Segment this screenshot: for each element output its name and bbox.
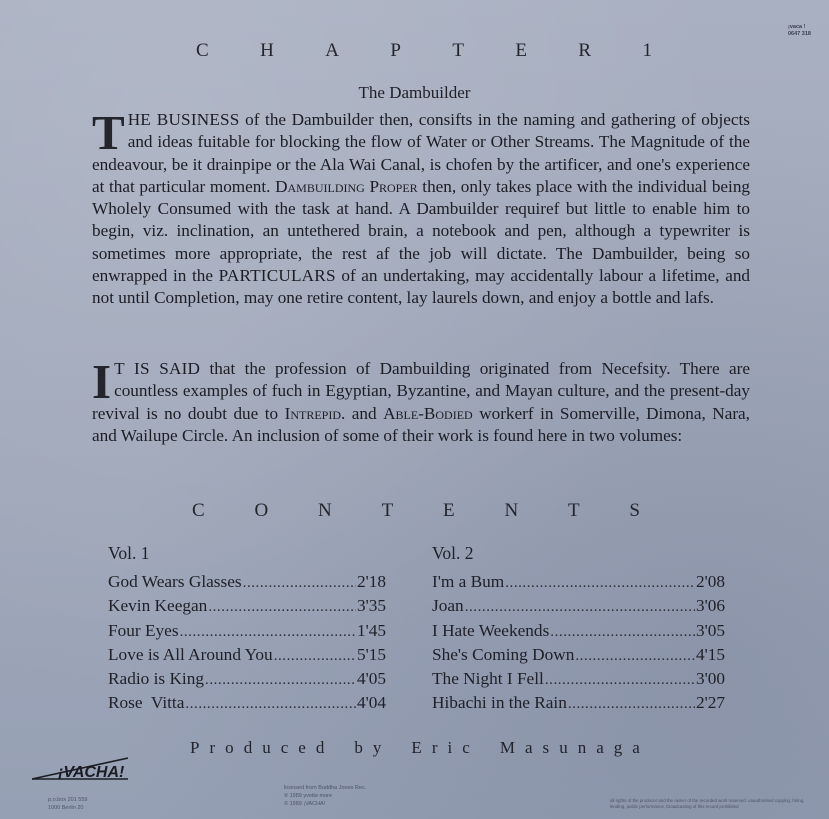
chapter-heading: C H A P T E R 1: [196, 40, 652, 62]
track-duration: 5'15: [357, 643, 386, 667]
track-title: I'm a Bum: [432, 570, 504, 594]
chapter-letter: A: [325, 40, 339, 62]
credit-letter: o: [225, 738, 234, 758]
address-line: 1000 Berlin 20: [48, 804, 87, 812]
track-duration: 4'15: [696, 643, 725, 667]
track-duration: 3'35: [357, 594, 386, 618]
drop-cap: T: [92, 113, 125, 153]
volume-label: Vol. 1: [108, 540, 386, 570]
contents-letter: T: [568, 500, 580, 522]
label-logo: ¡VACHA!: [30, 755, 142, 785]
contents-letter: N: [318, 500, 332, 522]
track-duration: 2'27: [696, 691, 725, 715]
contents-letter: N: [504, 500, 518, 522]
credit-letter: a: [596, 738, 604, 758]
track-title: Love is All Around You: [108, 643, 273, 667]
track-title: Rose Vitta: [108, 691, 184, 715]
track-title: Radio is King: [108, 667, 204, 691]
lead-caps: HE BUSINESS: [128, 110, 240, 129]
address-line: p.o.box 201 559: [48, 796, 87, 804]
label-address: p.o.box 201 559 1000 Berlin 20: [48, 796, 87, 812]
credit-letter: c: [281, 738, 289, 758]
track-duration: 2'18: [357, 570, 386, 594]
dot-leader: [545, 667, 695, 691]
body-text: . and: [341, 404, 383, 423]
track-duration: 3'06: [696, 594, 725, 618]
dot-leader: [243, 570, 356, 594]
credit-letter: i: [448, 738, 453, 758]
track-duration: 3'00: [696, 667, 725, 691]
credit-letter: n: [578, 738, 587, 758]
credit-letter: g: [614, 738, 623, 758]
paragraph-origin: IT IS SAID that the profession of Dambui…: [92, 358, 750, 447]
word-gap: [480, 738, 490, 758]
chapter-letter: T: [452, 40, 464, 62]
producer-credit: P r o d u c e d b y E r i c M a s u n a …: [190, 738, 640, 758]
track-title: Hibachi in the Rain: [432, 691, 567, 715]
small-caps-text: Intrepid: [285, 404, 341, 423]
credit-letter: d: [316, 738, 325, 758]
dot-leader: [185, 691, 356, 715]
catalog-label: ¡vaca !: [788, 24, 811, 31]
track-duration: 4'05: [357, 667, 386, 691]
credit-letter: d: [244, 738, 253, 758]
track-duration: 2'08: [696, 570, 725, 594]
paragraph-business: THE BUSINESS of the Dambuilder then, con…: [92, 109, 750, 310]
credit-letter: y: [373, 738, 382, 758]
track-row: Radio is King4'05: [108, 667, 386, 691]
chapter-letter: P: [390, 40, 401, 62]
track-title: God Wears Glasses: [108, 570, 242, 594]
contents-letter: C: [192, 500, 205, 522]
credit-letter: e: [298, 738, 306, 758]
credit-letter: b: [354, 738, 363, 758]
dot-leader: [550, 619, 695, 643]
copyright: © 1989 ¡VACHA!: [284, 800, 366, 808]
track-row: Four Eyes1'45: [108, 619, 386, 643]
licence-line: licensed from Buddha Jones Rec.: [284, 784, 366, 792]
track-row: She's Coming Down4'15: [432, 643, 725, 667]
chapter-letter: E: [515, 40, 527, 62]
small-caps-text: Able-Bodied: [383, 404, 473, 423]
track-title: I Hate Weekends: [432, 619, 549, 643]
track-row: Kevin Keegan3'35: [108, 594, 386, 618]
small-caps-text: Dambuilding Proper: [275, 177, 418, 196]
contents-letter: S: [629, 500, 640, 522]
rights-notice: all rights of the producer and the owner…: [610, 798, 820, 809]
chapter-letter: H: [260, 40, 274, 62]
track-title: Kevin Keegan: [108, 594, 207, 618]
chapter-letter: C: [196, 40, 209, 62]
track-row: God Wears Glasses2'18: [108, 570, 386, 594]
dot-leader: [575, 643, 695, 667]
dot-leader: [505, 570, 695, 594]
volume-label: Vol. 2: [432, 540, 725, 570]
track-row: Joan3'06: [432, 594, 725, 618]
track-row: I Hate Weekends3'05: [432, 619, 725, 643]
volume-1-tracklist: Vol. 1 God Wears Glasses2'18 Kevin Keega…: [108, 540, 386, 716]
dot-leader: [568, 691, 695, 715]
vacha-logo-icon: ¡VACHA!: [30, 755, 142, 785]
chapter-letter: R: [578, 40, 591, 62]
track-row: Rose Vitta4'04: [108, 691, 386, 715]
credit-letter: M: [500, 738, 515, 758]
credit-letter: c: [462, 738, 470, 758]
catalog-code: 0647 318: [788, 31, 811, 38]
credit-letter: a: [525, 738, 533, 758]
dot-leader: [274, 643, 356, 667]
contents-letter: T: [382, 500, 394, 522]
track-row: The Night I Fell3'00: [432, 667, 725, 691]
dot-leader: [465, 594, 695, 618]
word-gap: [334, 738, 344, 758]
chapter-number: 1: [642, 40, 652, 62]
word-gap: [391, 738, 401, 758]
lead-caps: T IS SAID: [114, 359, 200, 378]
credit-letter: a: [632, 738, 640, 758]
credit-letter: r: [209, 738, 215, 758]
dot-leader: [180, 619, 356, 643]
dot-leader: [205, 667, 356, 691]
credit-letter: u: [262, 738, 271, 758]
volume-2-tracklist: Vol. 2 I'm a Bum2'08 Joan3'06 I Hate Wee…: [432, 540, 725, 716]
caps-text: PARTICULARS: [219, 266, 336, 285]
track-title: Four Eyes: [108, 619, 179, 643]
credit-letter: u: [559, 738, 568, 758]
drop-cap: I: [92, 362, 111, 402]
track-title: Joan: [432, 594, 464, 618]
licence-notice: licensed from Buddha Jones Rec. ℗ 1989 y…: [284, 784, 366, 808]
track-title: The Night I Fell: [432, 667, 544, 691]
credit-letter: s: [543, 738, 550, 758]
track-duration: 3'05: [696, 619, 725, 643]
credit-letter: P: [190, 738, 199, 758]
track-row: Hibachi in the Rain2'27: [432, 691, 725, 715]
phonographic-copyright: ℗ 1989 yvette more: [284, 792, 366, 800]
logo-text: ¡VACHA!: [58, 764, 125, 781]
contents-heading: C O N T E N T S: [192, 500, 640, 522]
credit-letter: E: [411, 738, 421, 758]
track-title: She's Coming Down: [432, 643, 574, 667]
credit-letter: r: [432, 738, 438, 758]
track-row: I'm a Bum2'08: [432, 570, 725, 594]
chapter-title: The Dambuilder: [0, 83, 829, 103]
track-duration: 4'04: [357, 691, 386, 715]
track-duration: 1'45: [357, 619, 386, 643]
contents-letter: E: [443, 500, 455, 522]
contents-letter: O: [255, 500, 269, 522]
catalog-number: ¡vaca ! 0647 318: [788, 24, 811, 38]
track-row: Love is All Around You5'15: [108, 643, 386, 667]
dot-leader: [208, 594, 356, 618]
